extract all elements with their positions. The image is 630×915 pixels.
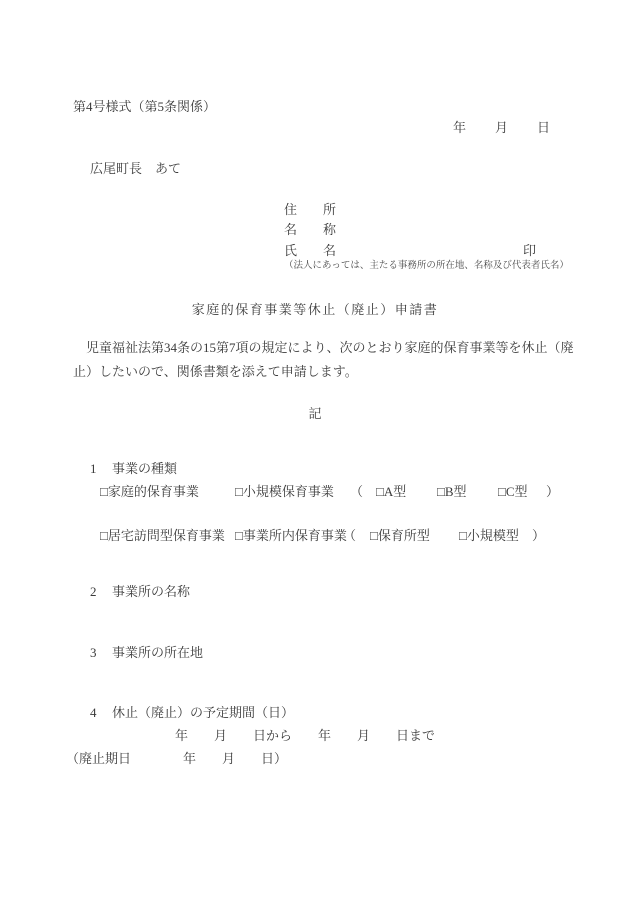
application-form-page: 第4号様式（第5条関係） 年 月 日 広尾町長 あて 住 所 名 称 氏 名 印… <box>0 0 630 915</box>
abolition-date-line: （廃止期日 年 月 日） <box>66 751 287 767</box>
section-4-number: 4 <box>90 705 112 721</box>
section-2-office-name: 2事業所の名称 <box>77 568 190 615</box>
year-label: 年 <box>453 120 466 136</box>
paren-close-row2: ） <box>532 528 545 544</box>
list-heading: 記 <box>0 406 630 422</box>
checkbox-nursery-type[interactable]: □保育所型 <box>370 528 430 544</box>
paren-open-row2: （ <box>343 528 356 544</box>
checkbox-family-daycare[interactable]: □家庭的保育事業 <box>100 484 199 500</box>
section-2-label: 事業所の名称 <box>112 584 190 599</box>
seal-mark: 印 <box>523 243 536 259</box>
checkbox-type-b[interactable]: □B型 <box>437 484 467 500</box>
applicant-person-name-label: 氏 名 <box>284 243 336 259</box>
section-3-label: 事業所の所在地 <box>112 645 203 660</box>
corporate-note: （法人にあっては、主たる事務所の所在地、名称及び代表者氏名） <box>284 261 569 272</box>
application-body-text: 児童福祉法第34条の15第7項の規定により、次のとおり家庭的保育事業等を休止（廃… <box>73 336 582 384</box>
checkbox-type-a[interactable]: □A型 <box>376 484 406 500</box>
applicant-name-label: 名 称 <box>284 222 336 238</box>
checkbox-home-visit-daycare[interactable]: □居宅訪問型保育事業 <box>100 528 225 544</box>
checkbox-small-scale-type[interactable]: □小規模型 <box>459 528 519 544</box>
header-date-line: 年 月 日 <box>453 120 550 136</box>
addressee-line: 広尾町長 あて <box>90 161 181 177</box>
applicant-address-label: 住 所 <box>284 202 336 218</box>
suspension-period-date-line: 年 月 日から 年 月 日まで <box>175 728 435 744</box>
checkbox-workplace-daycare[interactable]: □事業所内保育事業 <box>235 528 347 544</box>
section-4-label: 休止（廃止）の予定期間（日） <box>112 705 294 720</box>
form-number: 第4号様式（第5条関係） <box>73 99 216 115</box>
checkbox-type-c[interactable]: □C型 <box>498 484 528 500</box>
section-1-number: 1 <box>90 461 112 477</box>
section-1-label: 事業の種類 <box>112 461 177 476</box>
section-2-number: 2 <box>90 584 112 600</box>
section-3-office-location: 3事業所の所在地 <box>77 629 203 676</box>
paren-open-row1: （ <box>350 484 363 500</box>
business-type-row-2: □居宅訪問型保育事業 □事業所内保育事業 （ □保育所型 □小規模型 ） <box>0 528 630 546</box>
paren-close-row1: ） <box>546 484 559 500</box>
month-label: 月 <box>495 120 508 136</box>
checkbox-small-scale-daycare[interactable]: □小規模保育事業 <box>235 484 334 500</box>
section-3-number: 3 <box>90 645 112 661</box>
day-label: 日 <box>537 120 550 136</box>
document-title: 家庭的保育事業等休止（廃止）申請書 <box>0 302 630 318</box>
business-type-row-1: □家庭的保育事業 □小規模保育事業 （ □A型 □B型 □C型 ） <box>0 484 630 502</box>
